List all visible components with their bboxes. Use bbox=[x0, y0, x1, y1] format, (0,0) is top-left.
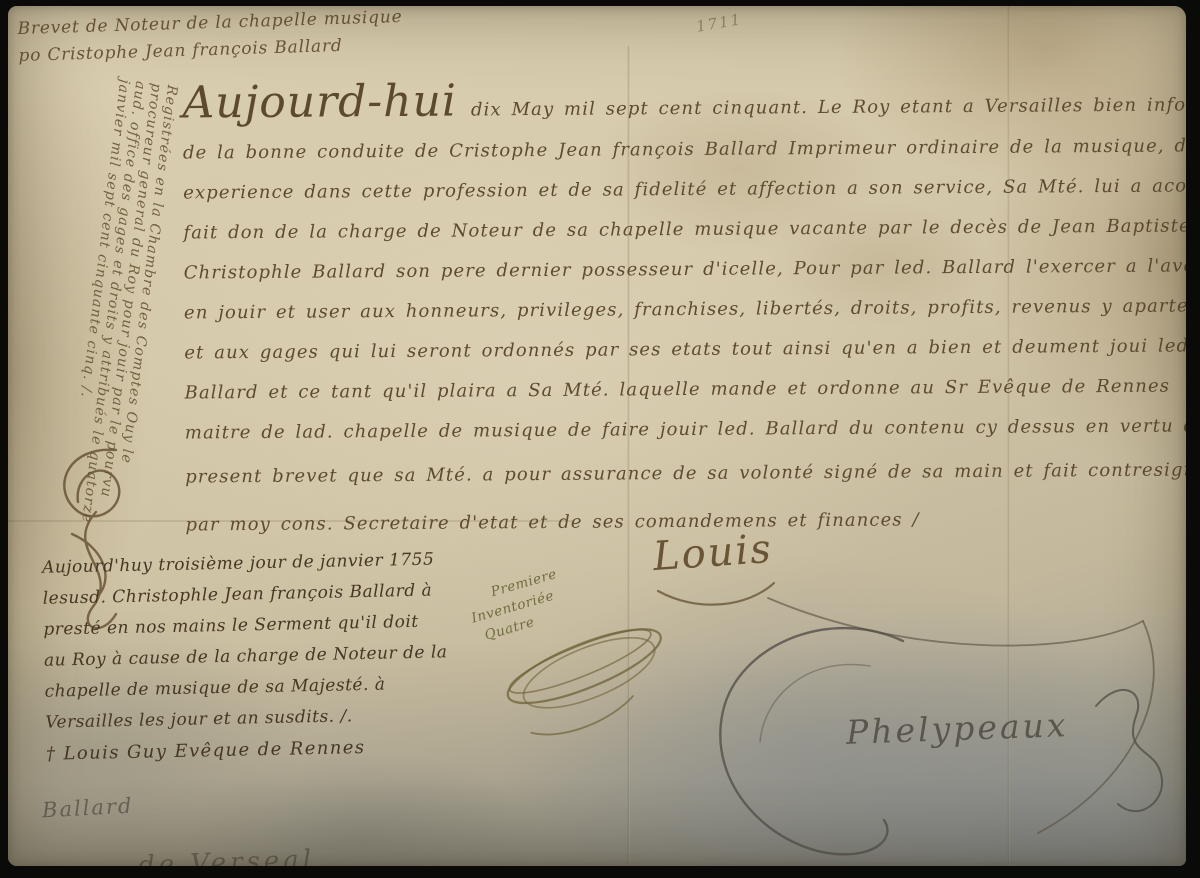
margin-registration-note: Registrées en la Chambre des Comptes Ouy… bbox=[20, 86, 192, 564]
body-line: experience dans cette profession et de s… bbox=[183, 167, 1179, 214]
body-line: Christophle Ballard son pere dernier pos… bbox=[184, 247, 1180, 294]
louis-paraph bbox=[658, 583, 774, 605]
pencil-annotation: Ballard bbox=[41, 794, 134, 823]
opening-line-rest: dix May mil sept cent cinquant. Le Roy e… bbox=[471, 94, 1186, 120]
body-opening-line: Aujourd-hui dix May mil sept cent cinqua… bbox=[182, 71, 1178, 134]
body-line: Ballard et ce tant qu'il plaira a Sa Mté… bbox=[184, 367, 1180, 414]
body-line: de la bonne conduite de Cristophe Jean f… bbox=[183, 127, 1179, 174]
brevet-body: Aujourd-hui dix May mil sept cent cinqua… bbox=[182, 71, 1181, 546]
photo-background: Brevet de Noteur de la chapelle musique … bbox=[0, 0, 1200, 878]
parchment-document: Brevet de Noteur de la chapelle musique … bbox=[8, 6, 1186, 866]
opening-word: Aujourd-hui bbox=[182, 76, 457, 129]
body-line: et aux gages qui lui seront ordonnés par… bbox=[184, 327, 1180, 374]
body-line: present brevet que sa Mté. a pour assura… bbox=[185, 451, 1181, 498]
archival-docket: Brevet de Noteur de la chapelle musique … bbox=[17, 6, 403, 70]
faint-top-numeral: 1711 bbox=[695, 10, 744, 36]
body-line: maitre de lad. chapelle de musique de fa… bbox=[185, 407, 1181, 454]
countersignature-end-squiggle bbox=[1096, 690, 1162, 811]
bottom-edge-fragment: de Verseal bbox=[138, 845, 316, 866]
royal-signature: Louis bbox=[652, 526, 775, 580]
flourish-long-sweep bbox=[768, 598, 1143, 646]
secretary-countersignature: Phelypeaux bbox=[845, 705, 1069, 752]
body-line: fait don de la charge de Noteur de sa ch… bbox=[183, 207, 1179, 254]
body-line: en jouir et user aux honneurs, privilege… bbox=[184, 287, 1180, 334]
oath-attestation: Aujourd'huy troisième jour de janvier 17… bbox=[42, 543, 496, 769]
inventory-note-scribble bbox=[495, 596, 675, 741]
